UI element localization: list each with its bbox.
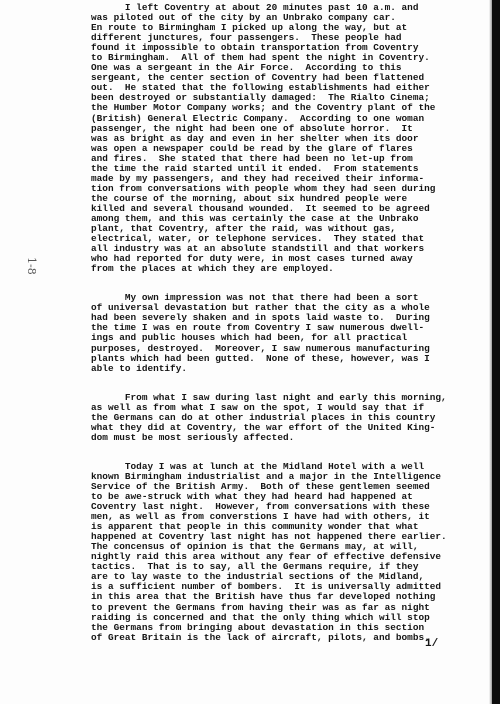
paragraph-gap — [91, 443, 491, 462]
text-line: able to identify. — [91, 364, 491, 374]
scan-edge-border — [492, 0, 500, 704]
text-line: ings and public houses which had been, f… — [91, 333, 491, 343]
document-page: 1-8 I left Coventry at about 20 minutes … — [0, 0, 492, 704]
paragraph-gap — [91, 374, 491, 393]
handwritten-margin-annotation: 1-8 — [25, 257, 38, 275]
document-body: I left Coventry at about 20 minutes past… — [91, 3, 491, 643]
paragraph-4: Today I was at lunch at the Midland Hote… — [91, 462, 491, 643]
paragraph-1: I left Coventry at about 20 minutes past… — [91, 3, 491, 274]
paragraph-3: From what I saw during last night and ea… — [91, 393, 491, 443]
page-continuation-mark: 1/ — [425, 638, 438, 650]
text-line: dom must be most seriously affected. — [91, 433, 491, 443]
paragraph-gap — [91, 274, 491, 293]
text-line: the Humber Motor Company works; and the … — [91, 103, 491, 113]
text-line: from the places at which they are employ… — [91, 264, 491, 274]
paragraph-2: My own impression was not that there had… — [91, 293, 491, 373]
